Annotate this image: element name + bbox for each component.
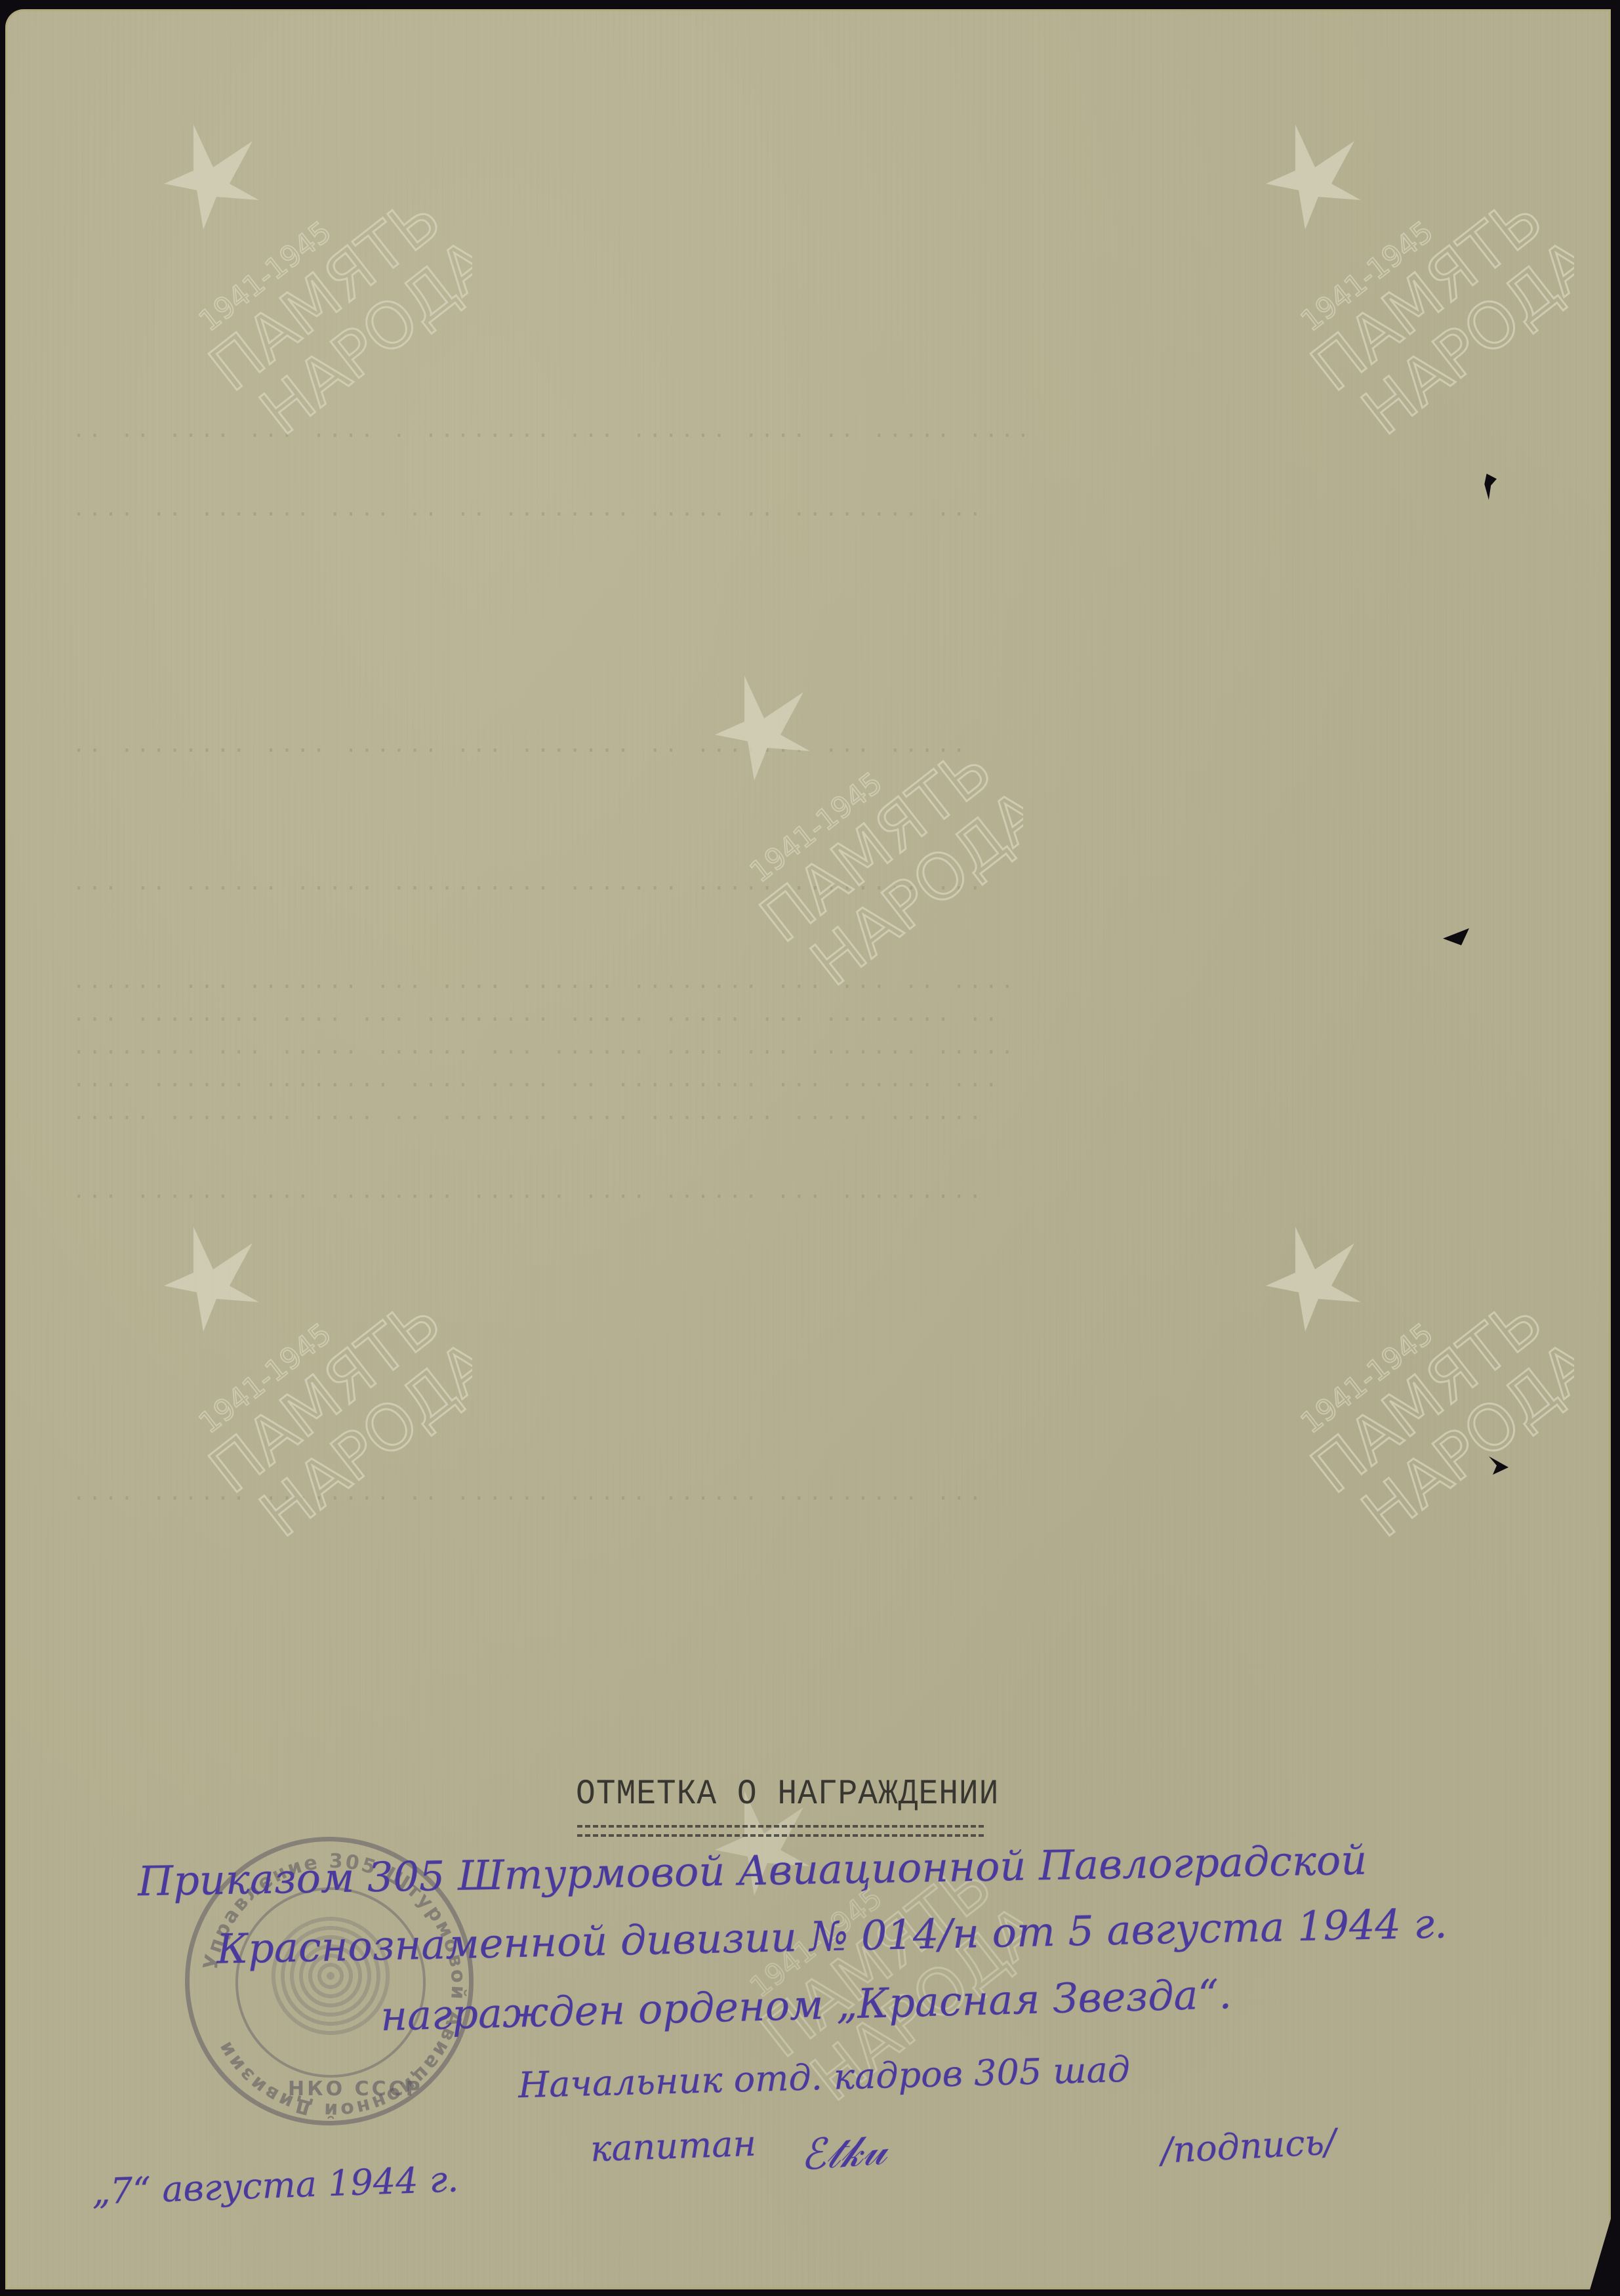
- bleed-through-text: ···· ······ ········ ·· ······ ····· ···…: [72, 1483, 1384, 1515]
- document-viewer: ·· ·· ···· ··· ···· · ········ ··· ·····…: [0, 0, 1620, 2296]
- heading-underline: [577, 1825, 984, 1837]
- bleed-through-text: ··· ·· ······ ····· ·········· ······· ·…: [72, 872, 1384, 905]
- bleed-through-text: ·· ········ ···· ······ ··· ······· ·· ·…: [72, 735, 1384, 768]
- bleed-through-text: ·· ·· ···· ··· ···· · ········ ··· ·····…: [72, 420, 1384, 453]
- bleed-through-text: ···· ·· ······· ···· ·· ·· ········ ····…: [72, 499, 1384, 531]
- stamp-bottom-text: НКО СССР: [288, 2078, 423, 2101]
- bleed-through-text: ······ ··· ······· ··· ···· ······ ·····…: [72, 971, 1384, 1135]
- signature-scribble: ℰ𝓉𝓀𝓊: [799, 2126, 888, 2181]
- signature-rank: капитан: [590, 2123, 757, 2170]
- bleed-through-text: ··· ······ ···· ········ ······ ···· ···…: [72, 1181, 1384, 1214]
- section-heading: ОТМЕТКА О НАГРАЖДЕНИИ: [576, 1774, 999, 1814]
